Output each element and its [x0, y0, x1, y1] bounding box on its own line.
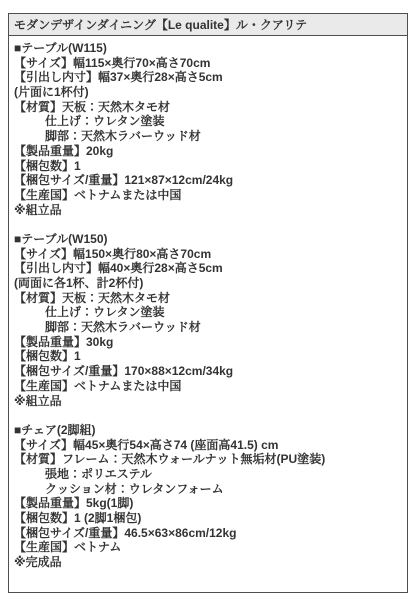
- drawer-note-line: (両面に各1杯、計2杯付): [14, 276, 402, 291]
- material-line: 【材質】天板：天然木タモ材: [14, 291, 402, 306]
- finished-note-line: ※完成品: [14, 555, 402, 567]
- material-finish-line: 仕上げ：ウレタン塗装: [14, 305, 402, 320]
- drawer-size-line: 【引出し内寸】幅40×奥行28×高さ5cm: [14, 261, 402, 276]
- spec-section-chair-2set: ■チェア(2脚組)【サイズ】幅45×奥行54×高さ74 (座面高41.5) cm…: [14, 423, 402, 567]
- material-leg-line: 脚部：天然木ラバーウッド材: [14, 129, 402, 144]
- material-finish-line: 仕上げ：ウレタン塗装: [14, 114, 402, 129]
- assembly-note-line: ※組立品: [14, 394, 402, 409]
- package-count-line: 【梱包数】1 (2脚1梱包): [14, 511, 402, 526]
- drawer-note-line: (片面に1杯付): [14, 85, 402, 100]
- package-size-line: 【梱包サイズ/重量】170×88×12cm/34kg: [14, 364, 402, 379]
- product-name-line: ■テーブル(W150): [14, 232, 402, 247]
- product-spec-box: モダンデザインダイニング【Le qualite】ル・クアリテ ■テーブル(W11…: [8, 13, 408, 567]
- assembly-note-line: ※組立品: [14, 203, 402, 218]
- weight-line: 【製品重量】5kg(1脚): [14, 496, 402, 511]
- weight-line: 【製品重量】30kg: [14, 335, 402, 350]
- origin-line: 【生産国】ベトナムまたは中国: [14, 188, 402, 203]
- size-line: 【サイズ】幅115×奥行70×高さ70cm: [14, 56, 402, 71]
- spec-section-table-w150: ■テーブル(W150)【サイズ】幅150×奥行80×高さ70cm【引出し内寸】幅…: [14, 232, 402, 408]
- material-cushion-line: クッション材：ウレタンフォーム: [14, 482, 402, 497]
- origin-line: 【生産国】ベトナムまたは中国: [14, 379, 402, 394]
- size-line: 【サイズ】幅45×奥行54×高さ74 (座面高41.5) cm: [14, 438, 402, 453]
- size-line: 【サイズ】幅150×奥行80×高さ70cm: [14, 247, 402, 262]
- package-size-line: 【梱包サイズ/重量】121×87×12cm/24kg: [14, 173, 402, 188]
- product-name-line: ■チェア(2脚組): [14, 423, 402, 438]
- package-count-line: 【梱包数】1: [14, 159, 402, 174]
- origin-line: 【生産国】ベトナム: [14, 540, 402, 555]
- package-count-line: 【梱包数】1: [14, 349, 402, 364]
- package-size-line: 【梱包サイズ/重量】46.5×63×86cm/12kg: [14, 526, 402, 541]
- material-line: 【材質】天板：天然木タモ材: [14, 100, 402, 115]
- drawer-size-line: 【引出し内寸】幅37×奥行28×高さ5cm: [14, 70, 402, 85]
- material-line: 【材質】フレーム：天然木ウォールナット無垢材(PU塗装): [14, 452, 402, 467]
- spec-body: ■テーブル(W115)【サイズ】幅115×奥行70×高さ70cm【引出し内寸】幅…: [9, 36, 407, 567]
- spec-section-table-w115: ■テーブル(W115)【サイズ】幅115×奥行70×高さ70cm【引出し内寸】幅…: [14, 41, 402, 217]
- product-name-line: ■テーブル(W115): [14, 41, 402, 56]
- weight-line: 【製品重量】20kg: [14, 144, 402, 159]
- material-leg-line: 脚部：天然木ラバーウッド材: [14, 320, 402, 335]
- material-fabric-line: 張地：ポリエステル: [14, 467, 402, 482]
- spec-sheet-title: モダンデザインダイニング【Le qualite】ル・クアリテ: [9, 14, 407, 36]
